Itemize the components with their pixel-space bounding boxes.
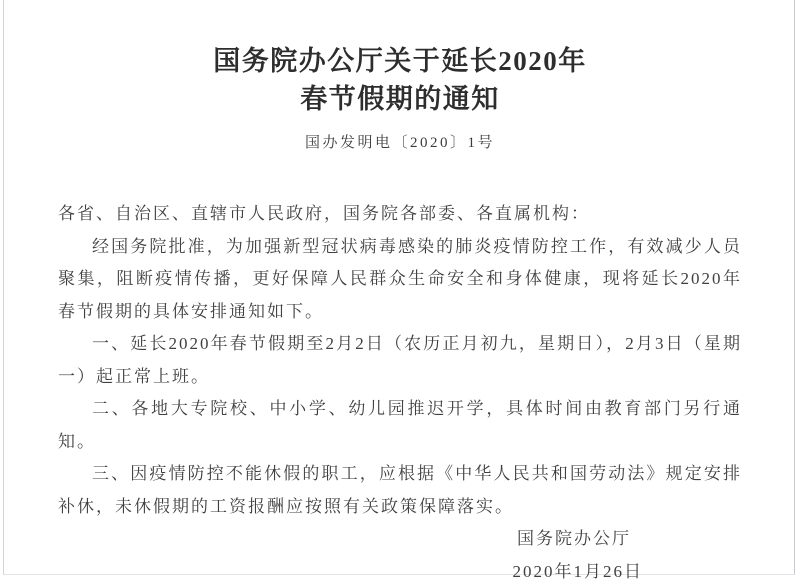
document-content: 国务院办公厅关于延长2020年 春节假期的通知 国办发明电〔2020〕1号 各省… xyxy=(4,42,794,580)
notice-body: 各省、自治区、直辖市人民政府，国务院各部委、各直属机构： 经国务院批准，为加强新… xyxy=(58,198,742,523)
salutation-line: 各省、自治区、直辖市人民政府，国务院各部委、各直属机构： xyxy=(58,198,742,231)
paragraph-item-1: 一、延长2020年春节假期至2月2日（农历正月初九，星期日），2月3日（星期一）… xyxy=(58,328,742,393)
signature-date: 2020年1月26日 xyxy=(58,556,742,581)
notice-title-line1: 国务院办公厅关于延长2020年 xyxy=(58,42,742,80)
paragraph-item-2: 二、各地大专院校、中小学、幼儿园推迟开学，具体时间由教育部门另行通知。 xyxy=(58,393,742,458)
document-page: 国务院办公厅关于延长2020年 春节假期的通知 国办发明电〔2020〕1号 各省… xyxy=(3,0,795,575)
signature-issuer: 国务院办公厅 xyxy=(58,523,742,556)
notice-title-line2: 春节假期的通知 xyxy=(58,80,742,118)
paragraph-intro: 经国务院批准，为加强新型冠状病毒感染的肺炎疫情防控工作，有效减少人员聚集，阻断疫… xyxy=(58,231,742,329)
document-number: 国办发明电〔2020〕1号 xyxy=(58,131,742,152)
signature-block: 国务院办公厅 2020年1月26日 xyxy=(58,523,742,580)
paragraph-item-3: 三、因疫情防控不能休假的职工，应根据《中华人民共和国劳动法》规定安排补休，未休假… xyxy=(58,458,742,523)
notice-title: 国务院办公厅关于延长2020年 春节假期的通知 xyxy=(58,42,742,118)
